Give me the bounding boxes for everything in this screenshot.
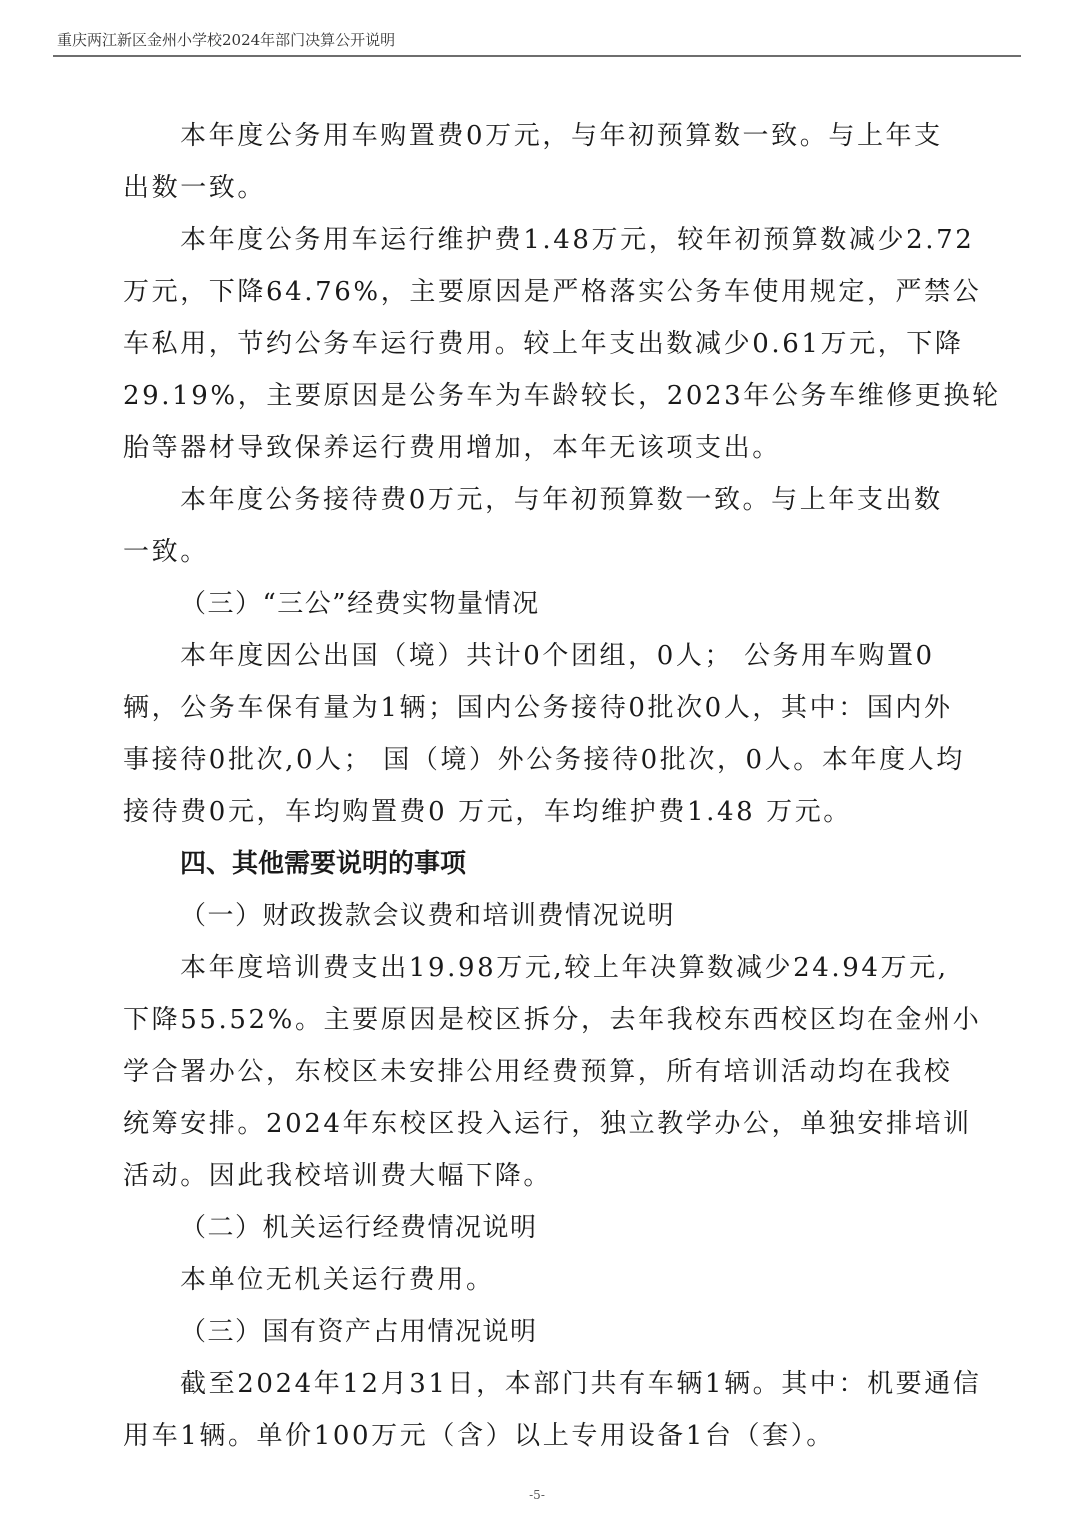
paragraph-line: 本年度公务用车运行维护费1.48万元，较年初预算数减少2.72 bbox=[123, 216, 963, 268]
document-body: 本年度公务用车购置费0万元，与年初预算数一致。与上年支 出数一致。 本年度公务用… bbox=[123, 112, 963, 1464]
paragraph-line: 事接待0批次,0人； 国（境）外公务接待0批次，0人。本年度人均 bbox=[123, 736, 963, 788]
paragraph-line: 本单位无机关运行费用。 bbox=[123, 1256, 963, 1308]
paragraph-line: 本年度因公出国（境）共计0个团组，0人； 公务用车购置0 bbox=[123, 632, 963, 684]
paragraph-line: 本年度培训费支出19.98万元,较上年决算数减少24.94万元, bbox=[123, 944, 963, 996]
subheading-state-assets: （三）国有资产占用情况说明 bbox=[123, 1308, 963, 1360]
subheading-san-gong-physical: （三）“三公”经费实物量情况 bbox=[123, 580, 963, 632]
subheading-meeting-training: （一）财政拨款会议费和培训费情况说明 bbox=[123, 892, 963, 944]
paragraph-line: 一致。 bbox=[123, 528, 963, 580]
paragraph-line: 车私用，节约公务车运行费用。较上年支出数减少0.61万元，下降 bbox=[123, 320, 963, 372]
paragraph-line: 截至2024年12月31日，本部门共有车辆1辆。其中：机要通信 bbox=[123, 1360, 963, 1412]
paragraph-line: 活动。因此我校培训费大幅下降。 bbox=[123, 1152, 963, 1204]
paragraph-line: 本年度公务用车购置费0万元，与年初预算数一致。与上年支 bbox=[123, 112, 963, 164]
paragraph-line: 下降55.52%。主要原因是校区拆分，去年我校东西校区均在金州小 bbox=[123, 996, 963, 1048]
page-header: 重庆两江新区金州小学校2024年部门决算公开说明 bbox=[53, 31, 1021, 57]
paragraph-line: 辆，公务车保有量为1辆；国内公务接待0批次0人，其中：国内外 bbox=[123, 684, 963, 736]
paragraph-line: 胎等器材导致保养运行费用增加，本年无该项支出。 bbox=[123, 424, 963, 476]
page-number: -5- bbox=[0, 1488, 1074, 1502]
paragraph-line: 接待费0元，车均购置费0 万元，车均维护费1.48 万元。 bbox=[123, 788, 963, 840]
header-title: 重庆两江新区金州小学校2024年部门决算公开说明 bbox=[57, 31, 395, 49]
paragraph-line: 学合署办公，东校区未安排公用经费预算，所有培训活动均在我校 bbox=[123, 1048, 963, 1100]
paragraph-line: 29.19%，主要原因是公务车为车龄较长，2023年公务车维修更换轮 bbox=[123, 372, 963, 424]
paragraph-line: 出数一致。 bbox=[123, 164, 963, 216]
paragraph-line: 本年度公务接待费0万元，与年初预算数一致。与上年支出数 bbox=[123, 476, 963, 528]
section-heading-other-matters: 四、其他需要说明的事项 bbox=[123, 840, 963, 892]
paragraph-line: 统筹安排。2024年东校区投入运行，独立教学办公，单独安排培训 bbox=[123, 1100, 963, 1152]
paragraph-line: 万元，下降64.76%，主要原因是严格落实公务车使用规定，严禁公 bbox=[123, 268, 963, 320]
paragraph-line: 用车1辆。单价100万元（含）以上专用设备1台（套）。 bbox=[123, 1412, 963, 1464]
subheading-operating-expenses: （二）机关运行经费情况说明 bbox=[123, 1204, 963, 1256]
